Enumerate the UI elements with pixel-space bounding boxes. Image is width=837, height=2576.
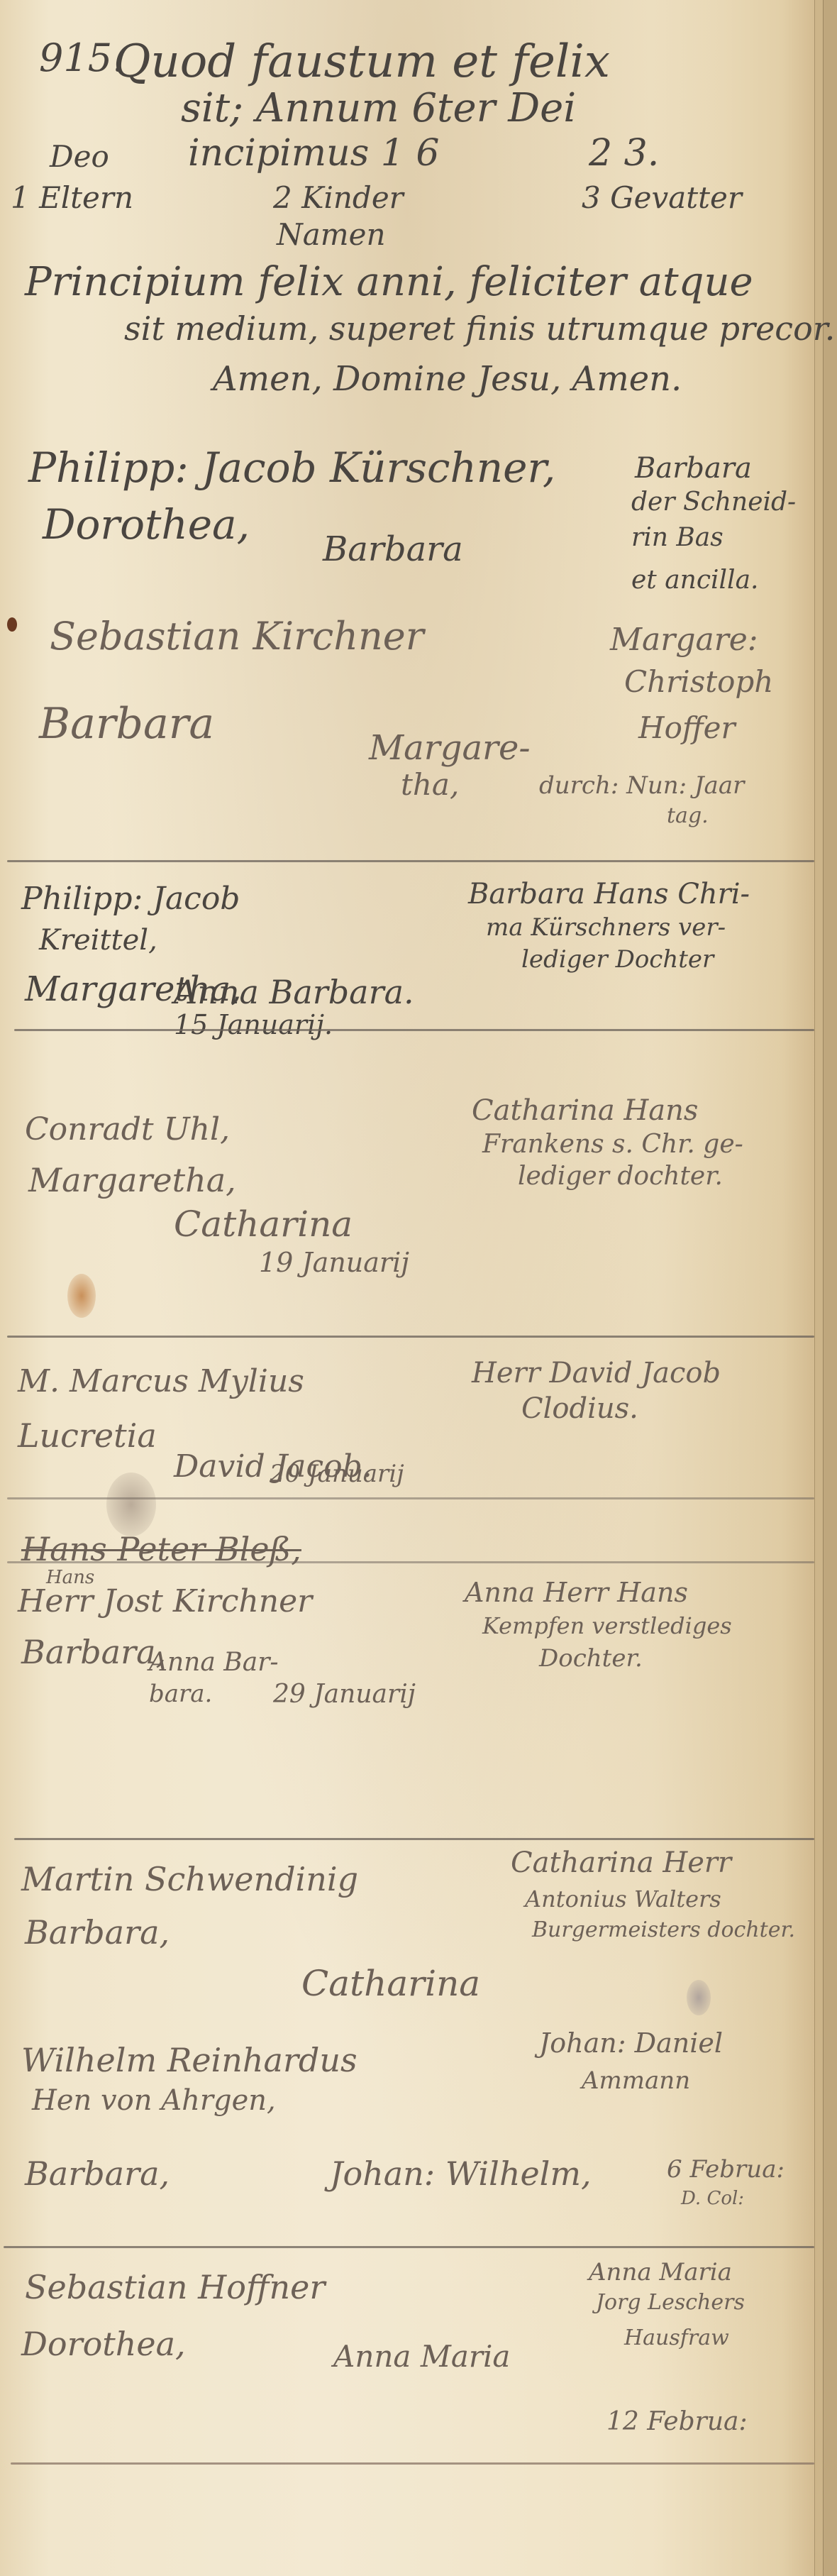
column-label-children: 2 Kinder	[273, 183, 404, 213]
entry-7-child: Johan: Wilhelm,	[330, 2157, 592, 2190]
entry-1-godparent-line: et ancilla.	[631, 568, 758, 593]
ink-stain	[67, 1274, 96, 1318]
ink-stain	[687, 1980, 711, 2015]
entry-divider	[14, 1029, 814, 1031]
entry-5-child: Anna Bar-	[149, 1650, 279, 1675]
entry-1-child: Barbara	[323, 532, 463, 566]
entry-5-godparent-line: Dochter.	[539, 1646, 643, 1670]
entry-1b-godparent: Margare:	[610, 624, 758, 656]
entry-3-date: 19 Januarij	[259, 1249, 409, 1276]
entry-6-child: Catharina	[301, 1966, 480, 2001]
entry-1b-parent-mother: Barbara	[39, 703, 214, 745]
entry-2-godparent-line: Barbara Hans Chri-	[468, 880, 750, 908]
entry-1-parent-father: Philipp: Jacob Kürschner,	[28, 447, 555, 488]
entry-6-parent-mother: Barbara,	[25, 1916, 170, 1949]
entry-2-date: 15 Januarij.	[174, 1011, 333, 1038]
ink-stain	[7, 617, 17, 632]
entry-6-godparent-line: Antonius Walters	[525, 1888, 721, 1910]
entry-8-parent-father: Sebastian Hoffner	[25, 2271, 325, 2303]
entry-1b-child: tha,	[401, 770, 459, 800]
entry-2-godparent-line: lediger Dochter	[521, 947, 714, 971]
entry-3-godparent-line: Catharina Hans	[472, 1096, 698, 1125]
entry-7-godparent-line: Johan: Daniel	[539, 2030, 723, 2057]
entry-7-date-note: D. Col:	[681, 2189, 744, 2208]
column-label-godparents: 3 Gevatter	[582, 183, 742, 213]
header-line-1: Quod faustum et felix	[113, 39, 610, 84]
header-line-2: sit; Annum 6ter Dei	[181, 89, 576, 128]
entry-1-parent-mother: Dorothea,	[43, 504, 250, 545]
entry-2-parent-father: Philipp: Jacob	[21, 884, 240, 915]
entry-8-child: Anna Maria	[333, 2342, 510, 2372]
entry-4-date: 20 Januarij	[270, 1462, 404, 1486]
entry-4-godparent-line: Clodius.	[521, 1394, 638, 1423]
entry-1-godparent-line: rin Bas	[631, 525, 724, 551]
entry-1b-note: tag.	[667, 805, 709, 827]
header-year-suffix: 2 3.	[589, 135, 659, 172]
entry-6-godparent-line: Catharina Herr	[511, 1849, 731, 1877]
entry-7-parent-father-origin: Hen von Ahrgen,	[32, 2086, 276, 2115]
entry-4-parent-father: M. Marcus Mylius	[18, 1366, 304, 1397]
header-namen: Namen	[277, 220, 386, 250]
entry-divider	[7, 1497, 814, 1499]
entry-3-godparent-line: lediger dochter.	[518, 1164, 723, 1189]
entry-divider	[7, 860, 814, 862]
ink-stain	[106, 1473, 156, 1536]
entry-3-godparent-line: Frankens s. Chr. ge-	[482, 1132, 743, 1157]
entry-divider	[7, 1561, 814, 1563]
entry-1b-godparent: Hoffer	[638, 713, 736, 743]
entry-8-godparent-line: Jorg Leschers	[596, 2292, 745, 2313]
entry-8-parent-mother: Dorothea,	[21, 2328, 186, 2360]
entry-1b-godparent: Christoph	[624, 667, 773, 697]
entry-6-godparent-line: Burgermeisters dochter.	[532, 1920, 795, 1941]
entry-5-date: 29 Januarij	[273, 1682, 416, 1707]
page-number: 915.	[39, 39, 124, 77]
entry-4-godparent-line: Herr David Jacob	[472, 1359, 721, 1387]
entry-7-parent-mother: Barbara,	[25, 2157, 170, 2190]
entry-3-parent-mother: Margaretha,	[28, 1164, 236, 1196]
entry-1-godparent-line: der Schneid-	[631, 490, 796, 515]
entry-5-godparent-line: Kempfen verstlediges	[482, 1614, 732, 1637]
entry-1b-parent-father: Sebastian Kirchner	[50, 617, 424, 656]
entry-7-parent-father: Wilhelm Reinhardus	[21, 2044, 357, 2076]
entry-5-child: bara.	[149, 1682, 212, 1706]
book-binding-edge	[823, 0, 837, 2576]
entry-8-date: 12 Februa:	[606, 2409, 748, 2435]
entry-2-godparent-line: ma Kürschners ver-	[486, 915, 726, 940]
entry-5-godparent-line: Anna Herr Hans	[465, 1579, 688, 1606]
header-incipimus: incipimus 1 6	[188, 135, 440, 172]
header-verse-2: sit medium, superet finis utrumque preco…	[124, 312, 835, 345]
entry-7-godparent-line: Ammann	[582, 2069, 690, 2093]
entry-2-parent-father-surname: Kreittel,	[39, 926, 157, 954]
entry-divider	[11, 2462, 814, 2465]
entry-1-godparent-line: Barbara	[635, 454, 752, 483]
entry-7-date: 6 Februa:	[667, 2157, 785, 2181]
entry-1b-note: durch: Nun: Jaar	[539, 774, 744, 798]
header-deo: Deo	[50, 142, 109, 172]
header-verse-1: Principium felix anni, feliciter atque	[25, 263, 753, 302]
entry-3-child: Catharina	[174, 1206, 353, 1242]
entry-6-parent-father: Martin Schwendinig	[21, 1863, 358, 1895]
entry-divider	[7, 1336, 814, 1338]
entry-2-child: Anna Barbara.	[174, 976, 414, 1008]
entry-5-parent-mother: Barbara,	[21, 1636, 166, 1668]
header-verse-3: Amen, Domine Jesu, Amen.	[213, 362, 682, 396]
entry-4-parent-mother: Lucretia	[18, 1419, 157, 1452]
entry-divider	[14, 1838, 814, 1840]
column-label-parents: 1 Eltern	[11, 183, 133, 213]
entry-divider	[4, 2246, 814, 2248]
entry-8-godparent-line: Anna Maria	[589, 2260, 732, 2284]
entry-8-godparent-line: Hausfraw	[624, 2328, 729, 2349]
entry-5-parent-father: Herr Jost Kirchner	[18, 1586, 312, 1617]
entry-1b-child: Margare-	[369, 731, 531, 765]
entry-3-parent-father: Conradt Uhl,	[25, 1114, 230, 1145]
